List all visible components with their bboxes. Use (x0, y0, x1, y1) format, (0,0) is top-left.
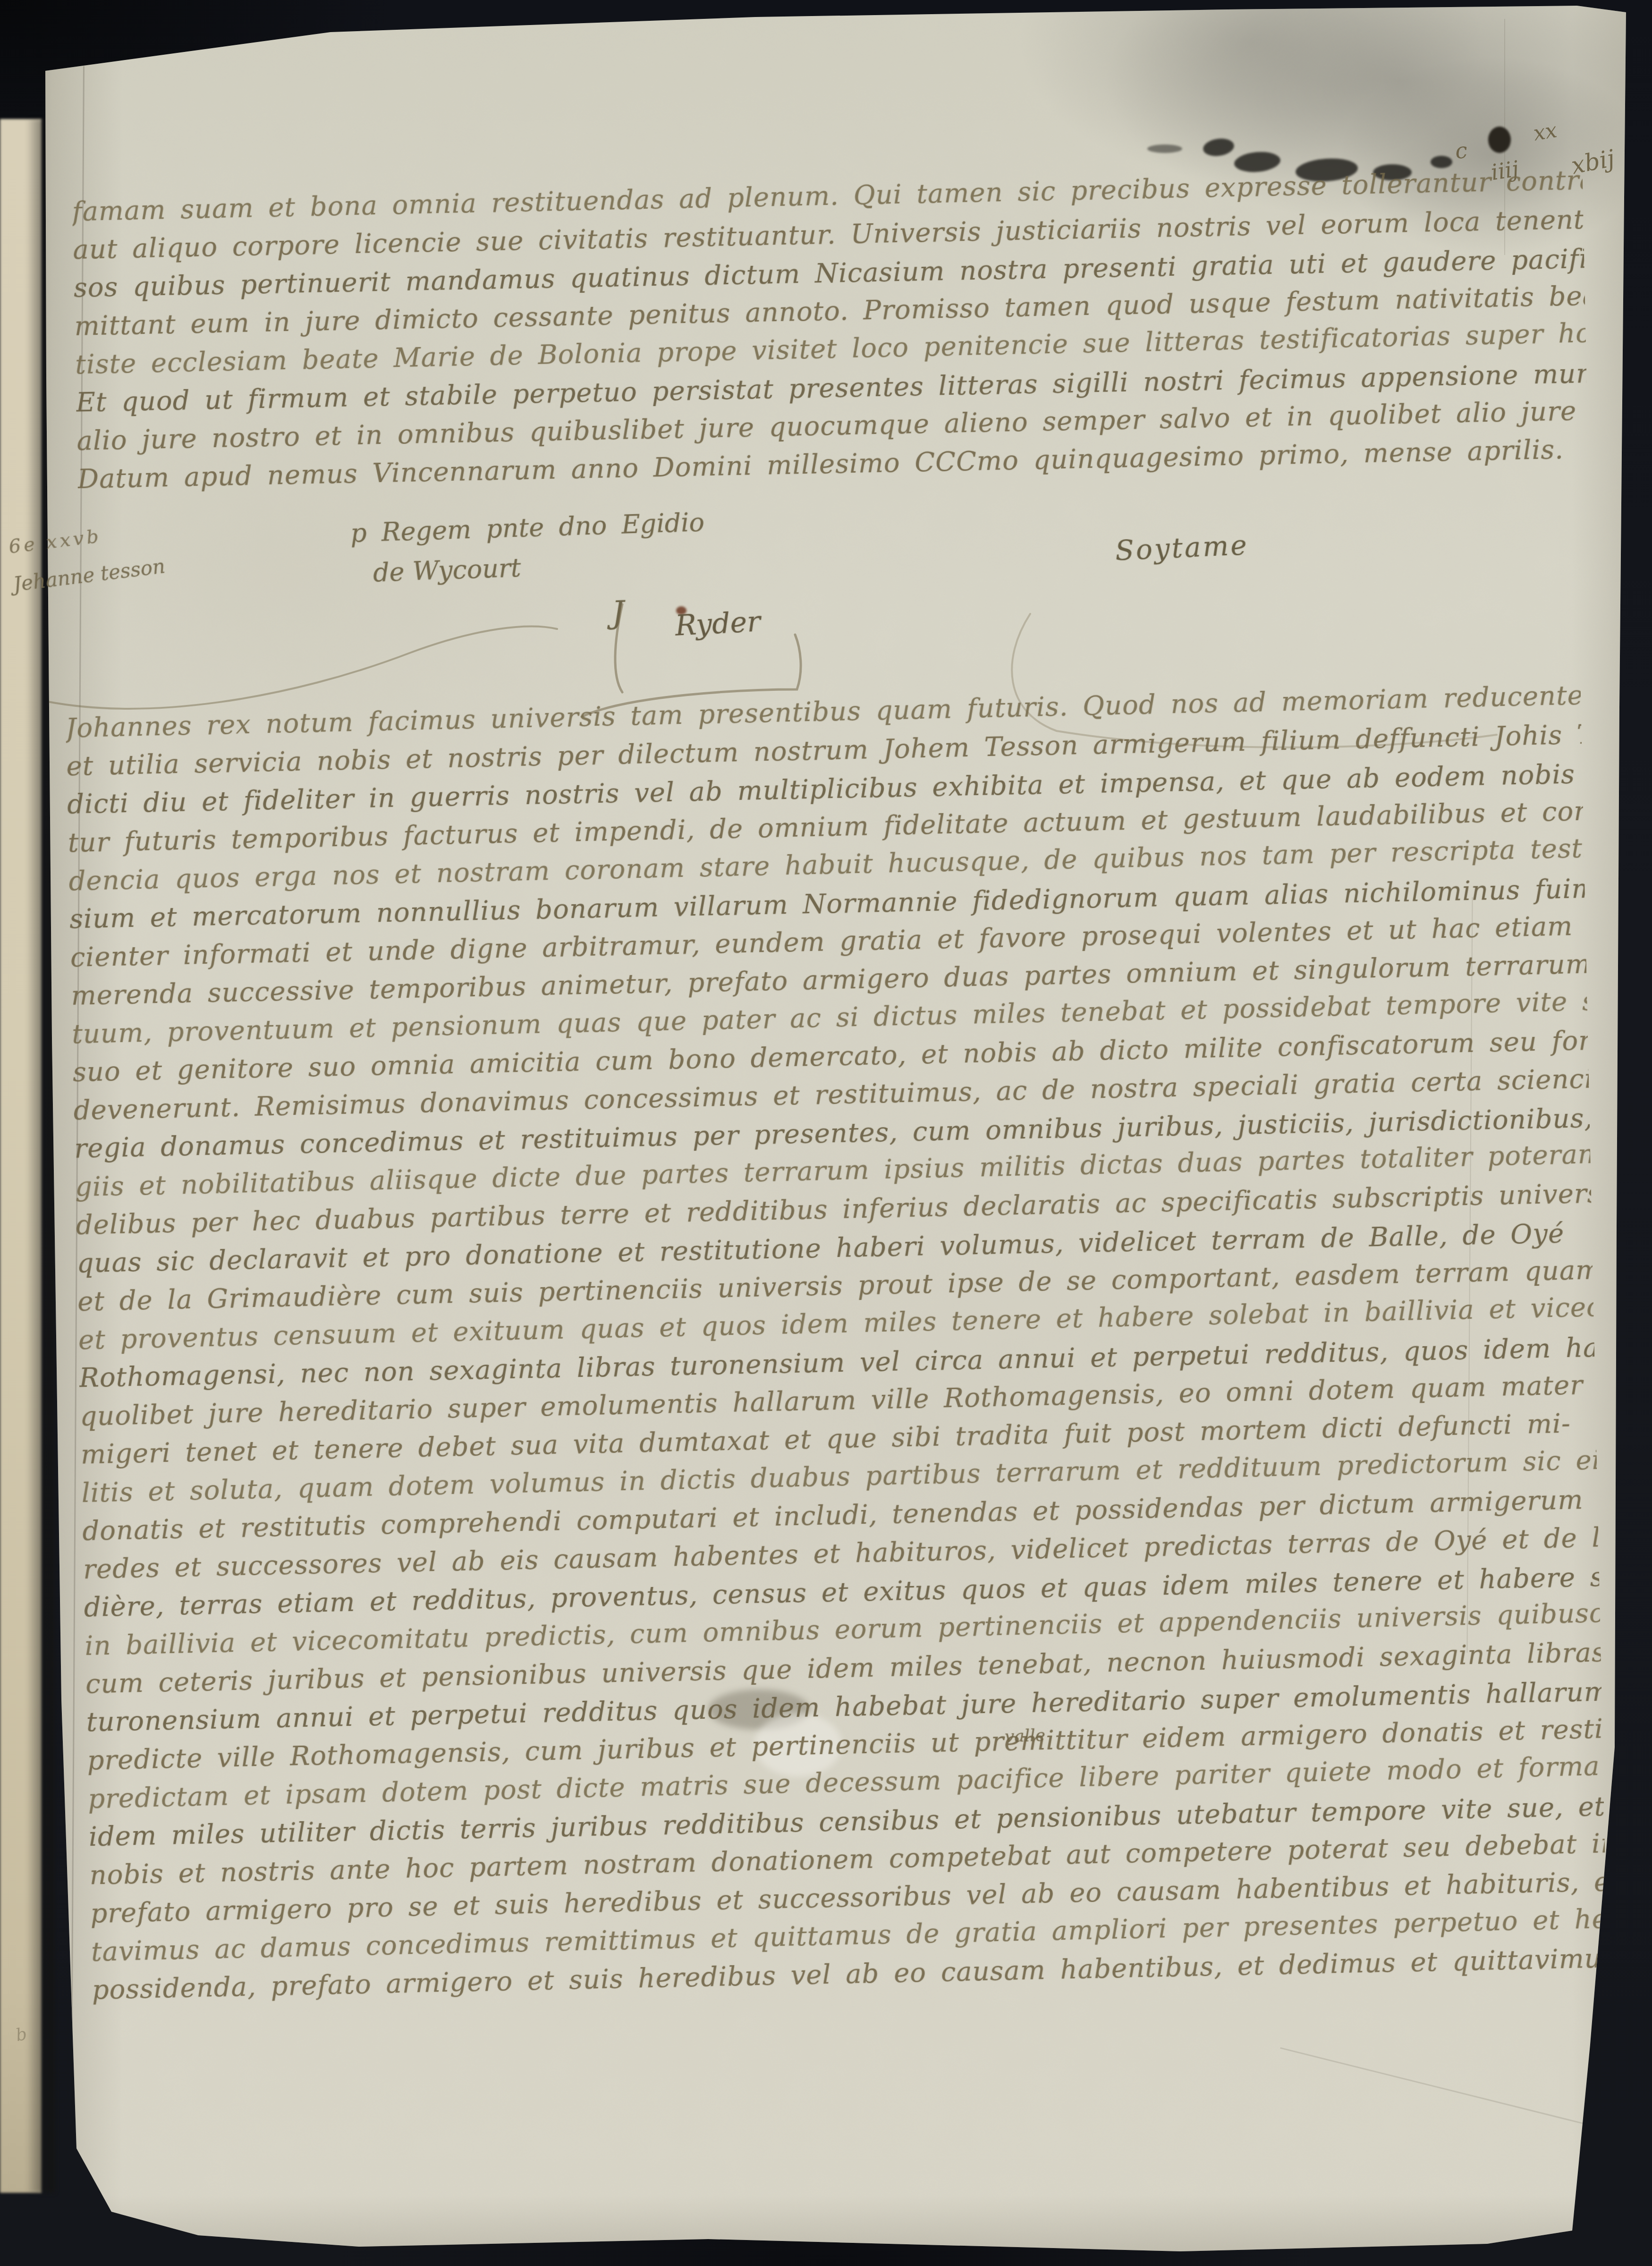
folio-number-xx: xx (1532, 120, 1559, 144)
subscription-line-2: de Wycourt (373, 553, 522, 588)
charter-ending-paragraph: famam suam et bona omnia restituendas ad… (72, 162, 1588, 499)
charter-main-paragraph: Johannes rex notum facimus universis tam… (65, 678, 1608, 2010)
interlinear-addition: valle (1004, 1726, 1046, 1747)
countersign-name: Soytame (1115, 529, 1249, 567)
signature-name: Ryder (674, 605, 761, 642)
manuscript-page: c xx iiij xbij famam suam et bona omnia … (0, 0, 1652, 2266)
ink-smudge (1147, 144, 1182, 153)
signature-initial: J (611, 594, 625, 631)
round-ink-blot (1488, 127, 1511, 153)
folio-number-c: c (1454, 139, 1468, 162)
photograph-background: b c xx iiij xbij (0, 0, 1652, 2266)
